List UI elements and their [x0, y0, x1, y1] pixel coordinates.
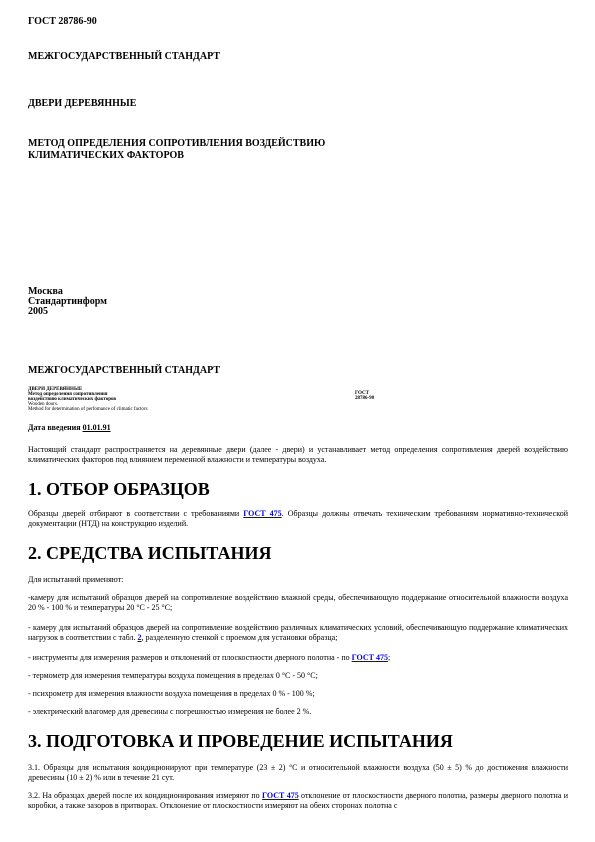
section-2-intro: Для испытаний применяют: [28, 575, 568, 585]
section-2-item-thermometer: - термометр для измерения температуры во… [28, 671, 568, 681]
text-segment: -камеру для испытаний образцов дверей на… [28, 593, 568, 612]
title-block-table: ДВЕРИ ДЕРЕВЯННЫЕ Метод определения сопро… [28, 388, 568, 414]
document-subtitle-line2: КЛИМАТИЧЕСКИХ ФАКТОРОВ [28, 150, 568, 162]
inline-reference-link[interactable]: ГОСТ 475 [352, 653, 388, 662]
title-block-doc-number: ГОСТ 28786-90 [355, 391, 374, 401]
section-2-item-chamber-humidity: -камеру для испытаний образцов дверей на… [28, 593, 568, 613]
publisher-year: 2005 [28, 307, 568, 317]
inline-reference-link[interactable]: ГОСТ 475 [243, 509, 281, 518]
standard-type-heading-2: МЕЖГОСУДАРСТВЕННЫЙ СТАНДАРТ [28, 366, 568, 376]
text-segment: 3.2. На образцах дверей после их кондици… [28, 791, 262, 800]
text-segment: ; [388, 653, 390, 662]
section-1-heading: 1. ОТБОР ОБРАЗЦОВ [28, 479, 568, 499]
section-2-item-instruments: - инструменты для измерения размеров и о… [28, 653, 568, 663]
title-block-names: ДВЕРИ ДЕРЕВЯННЫЕ Метод определения сопро… [28, 388, 328, 413]
text-segment: , разделенную стенкой с проемом для уста… [142, 633, 338, 642]
text-segment: 3.1. Образцы для испытания кондиционирую… [28, 763, 568, 782]
effective-date-label: Дата введения [28, 423, 81, 432]
inline-reference-link[interactable]: ГОСТ 475 [262, 791, 299, 800]
text-segment: Образцы дверей отбирают в соответствии с… [28, 509, 243, 518]
section-3-paragraph-3-1: 3.1. Образцы для испытания кондиционирую… [28, 763, 568, 783]
section-2-item-psychrometer: - психрометр для измерения влажности воз… [28, 689, 568, 699]
document-subtitle: МЕТОД ОПРЕДЕЛЕНИЯ СОПРОТИВЛЕНИЯ ВОЗДЕЙСТ… [28, 138, 568, 162]
publisher-name: Стандартинформ [28, 297, 568, 307]
gost-number: 28786-90 [355, 396, 374, 401]
section-3-heading: 3. ПОДГОТОВКА И ПРОВЕДЕНИЕ ИСПЫТАНИЯ [28, 731, 568, 751]
standard-type-heading: МЕЖГОСУДАРСТВЕННЫЙ СТАНДАРТ [28, 52, 568, 62]
document-subtitle-line1: МЕТОД ОПРЕДЕЛЕНИЯ СОПРОТИВЛЕНИЯ ВОЗДЕЙСТ… [28, 138, 568, 150]
document-page: ГОСТ 28786-90 МЕЖГОСУДАРСТВЕННЫЙ СТАНДАР… [0, 0, 595, 842]
document-title: ДВЕРИ ДЕРЕВЯННЫЕ [28, 99, 568, 109]
effective-date-line: Дата введения 01.01.91 [28, 423, 568, 433]
text-segment: Для испытаний применяют: [28, 575, 123, 584]
title-name-en-line2: Method for determination of perfomance o… [28, 408, 328, 413]
section-2-heading: 2. СРЕДСТВА ИСПЫТАНИЯ [28, 543, 568, 563]
text-segment: - электрический влагомер для древесины с… [28, 707, 311, 716]
text-segment: - психрометр для измерения влажности воз… [28, 689, 315, 698]
section-2-item-moisture-meter: - электрический влагомер для древесины с… [28, 707, 568, 717]
effective-date-value: 01.01.91 [83, 423, 111, 432]
section-1-paragraph: Образцы дверей отбирают в соответствии с… [28, 509, 568, 529]
text-segment: - термометр для измерения температуры во… [28, 671, 318, 680]
publisher-city: Москва [28, 287, 568, 297]
doc-number-top: ГОСТ 28786-90 [28, 17, 568, 27]
text-segment: - инструменты для измерения размеров и о… [28, 653, 352, 662]
section-3-paragraph-3-2: 3.2. На образцах дверей после их кондици… [28, 791, 568, 811]
section-2-item-chamber-climatic: - камеру для испытаний образцов дверей н… [28, 623, 568, 643]
intro-paragraph: Настоящий стандарт распространяется на д… [28, 445, 568, 465]
publisher-block: Москва Стандартинформ 2005 [28, 287, 568, 317]
